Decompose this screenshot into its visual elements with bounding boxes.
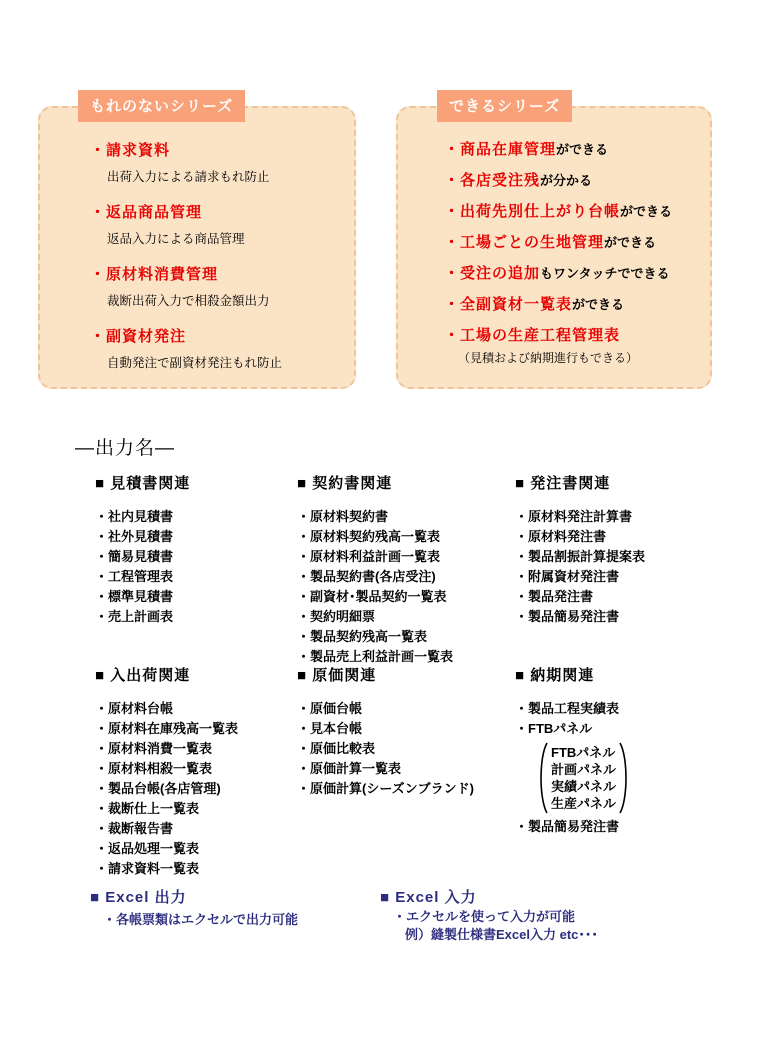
section-list: ・原価台帳・見本台帳・原価比較表・原価計算一覧表・原価計算(シーズンブランド) bbox=[297, 699, 507, 799]
feature-item: ・副資材発注 自動発注で副資材発注もれ防止 bbox=[90, 328, 282, 371]
output-item: ・見本台帳 bbox=[297, 719, 507, 739]
excel-input-block: ■ Excel 入力 ・エクセルを使って入力が可能例）縫製仕様書Excel入力 … bbox=[380, 888, 598, 944]
section-nyushukka: ■ 入出荷関連 ・原材料台帳・原材料在庫残高一覧表・原材料消費一覧表・原材料相殺… bbox=[95, 666, 305, 879]
section-nouki: ■ 納期関連 ・製品工程実績表・FTBパネル FTBパネル計画パネル実績パネル生… bbox=[515, 666, 725, 837]
output-item: ・原材料台帳 bbox=[95, 699, 305, 719]
section-list: ・原材料台帳・原材料在庫残高一覧表・原材料消費一覧表・原材料相殺一覧表・製品台帳… bbox=[95, 699, 305, 879]
output-item: ・製品工程実績表 bbox=[515, 699, 725, 719]
page: ・請求資料 出荷入力による請求もれ防止 ・返品商品管理 返品入力による商品管理 … bbox=[0, 0, 760, 1040]
excel-output-lines: ・各帳票類はエクセルで出力可能 bbox=[90, 911, 298, 929]
output-item: ・原価台帳 bbox=[297, 699, 507, 719]
feature-desc: 返品入力による商品管理 bbox=[107, 231, 282, 247]
capability-suffix: ができる bbox=[620, 204, 672, 219]
excel-input-lines: ・エクセルを使って入力が可能例）縫製仕様書Excel入力 etc･･･ bbox=[380, 908, 598, 944]
feature-desc: 裁断出荷入力で相殺金額出力 bbox=[107, 293, 282, 309]
section-header: ■ 発注書関連 bbox=[515, 474, 725, 494]
output-item: ・工程管理表 bbox=[95, 567, 305, 587]
right-paren-icon bbox=[619, 741, 630, 815]
panel-group: FTBパネル計画パネル実績パネル生産パネル bbox=[537, 741, 725, 815]
section-hatchusho: ■ 発注書関連 ・原材料発注計算書・原材料発注書・製品割振計算提案表・附属資材発… bbox=[515, 474, 725, 627]
output-item: ・原価計算一覧表 bbox=[297, 759, 507, 779]
output-item: ・製品発注書 bbox=[515, 587, 725, 607]
section-list: ・原材料契約書・原材料契約残高一覧表・原材料利益計画一覧表・製品契約書(各店受注… bbox=[297, 507, 507, 667]
excel-line: ・エクセルを使って入力が可能 bbox=[393, 908, 598, 926]
output-item: ・製品割振計算提案表 bbox=[515, 547, 725, 567]
output-item: ・原価計算(シーズンブランド) bbox=[297, 779, 507, 799]
more-series-box: ・請求資料 出荷入力による請求もれ防止 ・返品商品管理 返品入力による商品管理 … bbox=[38, 106, 356, 389]
feature-title: ・原材料消費管理 bbox=[90, 266, 282, 284]
excel-line: ・各帳票類はエクセルで出力可能 bbox=[103, 911, 298, 929]
section-list: ・社内見積書・社外見積書・簡易見積書・工程管理表・標準見積書・売上計画表 bbox=[95, 507, 305, 627]
capability-suffix: ができる bbox=[556, 142, 608, 157]
capability-suffix: ができる bbox=[572, 297, 624, 312]
output-item: ・裁断仕上一覧表 bbox=[95, 799, 305, 819]
feature-item: ・原材料消費管理 裁断出荷入力で相殺金額出力 bbox=[90, 266, 282, 309]
feature-desc: 出荷入力による請求もれ防止 bbox=[107, 169, 282, 185]
output-item: ・製品契約書(各店受注) bbox=[297, 567, 507, 587]
section-list: ・製品簡易発注書 bbox=[515, 817, 725, 837]
output-item: ・原価比較表 bbox=[297, 739, 507, 759]
feature-title: ・請求資料 bbox=[90, 142, 282, 160]
excel-output-block: ■ Excel 出力 ・各帳票類はエクセルで出力可能 bbox=[90, 888, 298, 929]
capability-suffix: が分かる bbox=[540, 173, 592, 188]
section-mitsumori: ■ 見積書関連 ・社内見積書・社外見積書・簡易見積書・工程管理表・標準見積書・売… bbox=[95, 474, 305, 627]
dekiru-series-banner: できるシリーズ bbox=[437, 90, 572, 122]
dekiru-series-box: ・商品在庫管理ができる ・各店受注残が分かる ・出荷先別仕上がり台帳ができる ・… bbox=[396, 106, 712, 389]
capability-title: ・工場の生産工程管理表 bbox=[444, 327, 620, 344]
output-item: ・製品売上利益計画一覧表 bbox=[297, 647, 507, 667]
more-series-banner: もれのないシリーズ bbox=[78, 90, 245, 122]
excel-output-header: ■ Excel 出力 bbox=[90, 888, 298, 908]
output-item: ・副資材･製品契約一覧表 bbox=[297, 587, 507, 607]
capability-line: ・受注の追加もワンタッチでできる bbox=[444, 264, 672, 284]
capability-title: ・全副資材一覧表 bbox=[444, 296, 572, 313]
more-series-items: ・請求資料 出荷入力による請求もれ防止 ・返品商品管理 返品入力による商品管理 … bbox=[90, 142, 282, 390]
output-item: ・附属資材発注書 bbox=[515, 567, 725, 587]
output-item: ・製品簡易発注書 bbox=[515, 817, 725, 837]
output-item: ・社外見積書 bbox=[95, 527, 305, 547]
panel-lines: FTBパネル計画パネル実績パネル生産パネル bbox=[551, 744, 616, 812]
panel-item: 実績パネル bbox=[551, 778, 616, 795]
dekiru-series-items: ・商品在庫管理ができる ・各店受注残が分かる ・出荷先別仕上がり台帳ができる ・… bbox=[444, 140, 672, 366]
output-item: ・返品処理一覧表 bbox=[95, 839, 305, 859]
left-paren-icon bbox=[537, 741, 548, 815]
section-header: ■ 納期関連 bbox=[515, 666, 725, 686]
section-header: ■ 入出荷関連 bbox=[95, 666, 305, 686]
capability-title: ・工場ごとの生地管理 bbox=[444, 234, 604, 251]
capability-line: ・工場の生産工程管理表 bbox=[444, 326, 672, 346]
output-item: ・原材料消費一覧表 bbox=[95, 739, 305, 759]
feature-item: ・請求資料 出荷入力による請求もれ防止 bbox=[90, 142, 282, 185]
excel-input-header: ■ Excel 入力 bbox=[380, 888, 598, 908]
panel-item: 生産パネル bbox=[551, 795, 616, 812]
output-item: ・標準見積書 bbox=[95, 587, 305, 607]
output-item: ・契約明細票 bbox=[297, 607, 507, 627]
output-item: ・裁断報告書 bbox=[95, 819, 305, 839]
section-genka: ■ 原価関連 ・原価台帳・見本台帳・原価比較表・原価計算一覧表・原価計算(シーズ… bbox=[297, 666, 507, 799]
output-item: ・製品簡易発注書 bbox=[515, 607, 725, 627]
excel-line: 例）縫製仕様書Excel入力 etc･･･ bbox=[405, 926, 598, 944]
section-list: ・原材料発注計算書・原材料発注書・製品割振計算提案表・附属資材発注書・製品発注書… bbox=[515, 507, 725, 627]
panel-item: FTBパネル bbox=[551, 744, 616, 761]
capability-suffix: もワンタッチでできる bbox=[540, 266, 669, 281]
panel-item: 計画パネル bbox=[551, 761, 616, 778]
feature-title: ・副資材発注 bbox=[90, 328, 282, 346]
feature-title: ・返品商品管理 bbox=[90, 204, 282, 222]
capability-title: ・商品在庫管理 bbox=[444, 141, 556, 158]
section-list: ・製品工程実績表・FTBパネル bbox=[515, 699, 725, 739]
output-item: ・簡易見積書 bbox=[95, 547, 305, 567]
section-header: ■ 原価関連 bbox=[297, 666, 507, 686]
feature-item: ・返品商品管理 返品入力による商品管理 bbox=[90, 204, 282, 247]
output-item: ・原材料契約残高一覧表 bbox=[297, 527, 507, 547]
capability-note: （見積および納期進行もできる） bbox=[458, 351, 672, 366]
output-item: ・売上計画表 bbox=[95, 607, 305, 627]
section-header: ■ 見積書関連 bbox=[95, 474, 305, 494]
output-item: ・製品契約残高一覧表 bbox=[297, 627, 507, 647]
output-item: ・原材料発注計算書 bbox=[515, 507, 725, 527]
capability-title: ・受注の追加 bbox=[444, 265, 540, 282]
section-header: ■ 契約書関連 bbox=[297, 474, 507, 494]
output-item: ・原材料相殺一覧表 bbox=[95, 759, 305, 779]
section-keiyaku: ■ 契約書関連 ・原材料契約書・原材料契約残高一覧表・原材料利益計画一覧表・製品… bbox=[297, 474, 507, 667]
output-item: ・請求資料一覧表 bbox=[95, 859, 305, 879]
capability-line: ・出荷先別仕上がり台帳ができる bbox=[444, 202, 672, 222]
output-item: ・社内見積書 bbox=[95, 507, 305, 527]
capability-title: ・出荷先別仕上がり台帳 bbox=[444, 203, 620, 220]
output-item: ・原材料発注書 bbox=[515, 527, 725, 547]
outputs-title: ―出力名― bbox=[75, 438, 175, 460]
capability-title: ・各店受注残 bbox=[444, 172, 540, 189]
capability-suffix: ができる bbox=[604, 235, 656, 250]
capability-line: ・商品在庫管理ができる bbox=[444, 140, 672, 160]
capability-line: ・各店受注残が分かる bbox=[444, 171, 672, 191]
output-item: ・原材料利益計画一覧表 bbox=[297, 547, 507, 567]
output-item: ・原材料契約書 bbox=[297, 507, 507, 527]
capability-line: ・全副資材一覧表ができる bbox=[444, 295, 672, 315]
output-item: ・FTBパネル bbox=[515, 719, 725, 739]
output-item: ・原材料在庫残高一覧表 bbox=[95, 719, 305, 739]
capability-line: ・工場ごとの生地管理ができる bbox=[444, 233, 672, 253]
output-item: ・製品台帳(各店管理) bbox=[95, 779, 305, 799]
feature-desc: 自動発注で副資材発注もれ防止 bbox=[107, 355, 282, 371]
